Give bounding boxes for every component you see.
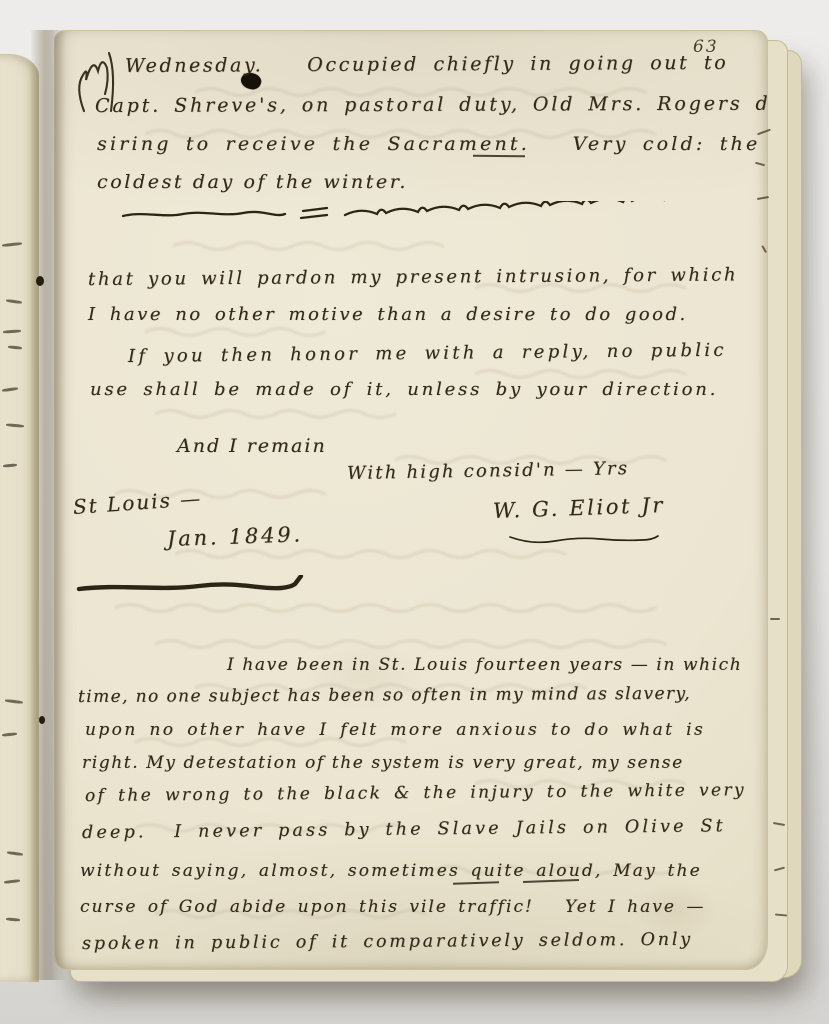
manuscript-line: right. My detestation of the system is v… (82, 753, 684, 773)
binding-hole (39, 716, 45, 724)
manuscript-line: Wednesday. Occupied chiefly in going out… (125, 52, 728, 77)
hand-drawn-divider (119, 201, 768, 227)
hand-drawn-divider (75, 575, 317, 599)
underline-stroke (473, 155, 525, 158)
manuscript-line: time, no one subject has been so often i… (78, 684, 691, 707)
manuscript-line: curse of God abide upon this vile traffi… (80, 897, 705, 917)
photo-background: 63 Wednesday. Occupied chiefly in going … (0, 0, 829, 1024)
manuscript-line: coldest day of the winter. (97, 171, 408, 193)
manuscript-line: without saying, almost, sometimes quite … (80, 861, 702, 881)
manuscript-line: siring to receive the Sacrament. Very co… (97, 133, 760, 155)
underline-stroke (453, 881, 499, 885)
manuscript-line: use shall be made of it, unless by your … (90, 379, 718, 400)
ink-bleedthrough (173, 235, 473, 253)
signature-flourish (507, 529, 675, 545)
manuscript-page: 63 Wednesday. Occupied chiefly in going … (54, 30, 768, 970)
manuscript-line: I have no other motive than a desire to … (88, 304, 688, 325)
manuscript-line: I have been in St. Louis fourteen years … (227, 655, 742, 675)
ink-bleedthrough (155, 633, 695, 651)
manuscript-line: And I remain (177, 435, 327, 457)
manuscript-line: With high consid'n — Yrs (347, 458, 630, 484)
signature-line: W. G. Eliot Jr (493, 493, 666, 523)
manuscript-line: of the wrong to the black & the injury t… (85, 780, 746, 806)
manuscript-line: spoken in public of it comparatively sel… (82, 930, 693, 954)
facing-page-edge (0, 54, 39, 982)
manuscript-line: St Louis — (72, 486, 203, 519)
manuscript-line: Jan. 1849. (167, 522, 304, 551)
ink-bleedthrough (155, 403, 415, 421)
manuscript-line: Capt. Shreve's, on pastoral duty, Old Mr… (95, 93, 768, 117)
ink-bleedthrough (115, 597, 675, 615)
manuscript-line: upon no other have I felt more anxious t… (85, 720, 705, 740)
binding-hole (36, 276, 44, 286)
